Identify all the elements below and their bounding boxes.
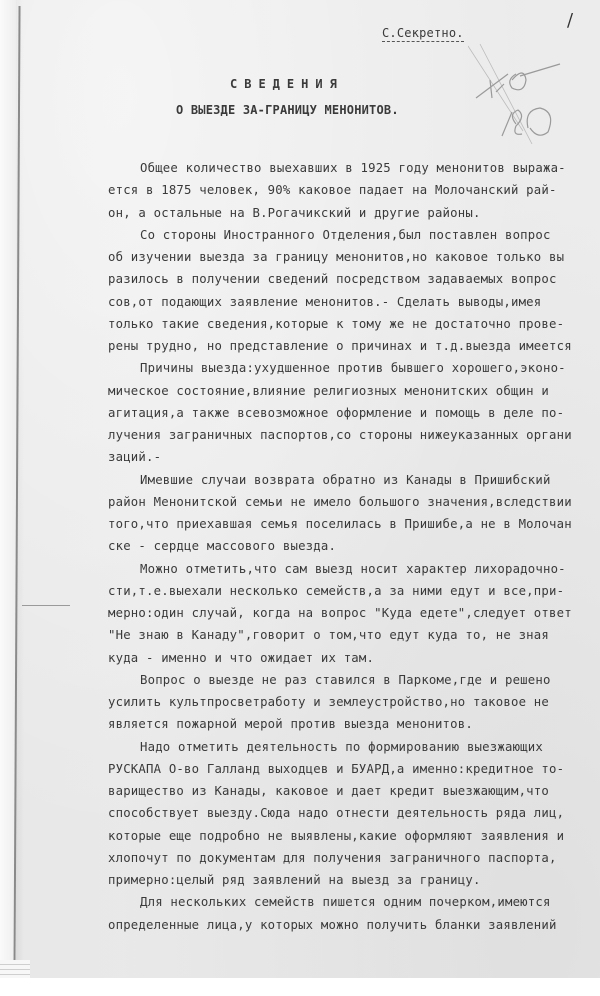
text-line: сти,т.е.выехали несколько семейств,а за … <box>108 580 588 602</box>
handwritten-folio-numbers: 140 180 <box>468 36 588 146</box>
text-line: агитация,а также всевозможное оформление… <box>108 402 588 424</box>
text-line: Можно отметить,что сам выезд носит харак… <box>108 558 588 580</box>
document-subtitle: О ВЫЕЗДЕ ЗА-ГРАНИЦУ МЕНОНИТОВ. <box>176 103 399 117</box>
text-line: хлопочут по документам для получения заг… <box>108 847 588 869</box>
text-line: он, а остальные на В.Рогачикский и други… <box>108 202 588 224</box>
text-line: рены трудно, но представление о причинах… <box>108 335 588 357</box>
text-line: только такие сведения,которые к тому же … <box>108 313 588 335</box>
text-line: Для нескольких семейств пишется одним по… <box>108 891 588 913</box>
text-line: ется в 1875 человек, 90% каковое падает … <box>108 179 588 201</box>
document-body: Общее количество выехавших в 1925 году м… <box>108 157 588 936</box>
text-line: Общее количество выехавших в 1925 году м… <box>108 157 588 179</box>
text-line: того,что приехавшая семья поселилась в П… <box>108 513 588 535</box>
scanned-page: / С.Секретно. 140 180 СВЕДЕНИЯ О ВЫЕЗДЕ … <box>0 0 600 978</box>
text-line: ске - сердце массового выезда. <box>108 535 588 557</box>
text-line: усилить культпросветработу и землеустрой… <box>108 691 588 713</box>
margin-pencil-mark: / <box>567 10 573 31</box>
text-line: куда - именно и что ожидает их там. <box>108 647 588 669</box>
text-line: Со стороны Иностранного Отделения,был по… <box>108 224 588 246</box>
text-line: примерно:целый ряд заявлений на выезд за… <box>108 869 588 891</box>
text-line: Вопрос о выезде не раз ставился в Парком… <box>108 669 588 691</box>
text-line: Причины выезда:ухудшенное против бывшего… <box>108 357 588 379</box>
text-line: РУСКАПА О-во Галланд выходцев и БУАРД,а … <box>108 758 588 780</box>
document-title: СВЕДЕНИЯ <box>230 77 344 91</box>
text-line: район Менонитской семьи не имело большог… <box>108 491 588 513</box>
classification-stamp: С.Секретно. <box>382 26 464 42</box>
text-line: об изучении выезда за границу менонитов,… <box>108 246 588 268</box>
text-line: мерно:один случай, когда на вопрос "Куда… <box>108 602 588 624</box>
text-line: лучения заграничных паспортов,со стороны… <box>108 424 588 446</box>
text-line: варищество из Канады, каковое и дает кре… <box>108 780 588 802</box>
text-line: Имевшие случаи возврата обратно из Канад… <box>108 469 588 491</box>
text-line: "Не знаю в Канаду",говорит о том,что еду… <box>108 624 588 646</box>
text-line: мическое состояние,влияние религиозных м… <box>108 380 588 402</box>
text-line: заций.- <box>108 446 588 468</box>
text-line: Надо отметить деятельность по формирован… <box>108 736 588 758</box>
text-line: способствует выезду.Сюда надо отнести де… <box>108 802 588 824</box>
text-line: разилось в получении сведений посредство… <box>108 268 588 290</box>
typewritten-document: / С.Секретно. 140 180 СВЕДЕНИЯ О ВЫЕЗДЕ … <box>0 0 600 978</box>
text-line: является пожарной мерой против выезда ме… <box>108 713 588 735</box>
text-line: сов,от подающих заявление менонитов.- Сд… <box>108 291 588 313</box>
text-line: определенные лица,у которых можно получи… <box>108 914 588 936</box>
text-line: которые еще подробно не выявлены,какие о… <box>108 825 588 847</box>
